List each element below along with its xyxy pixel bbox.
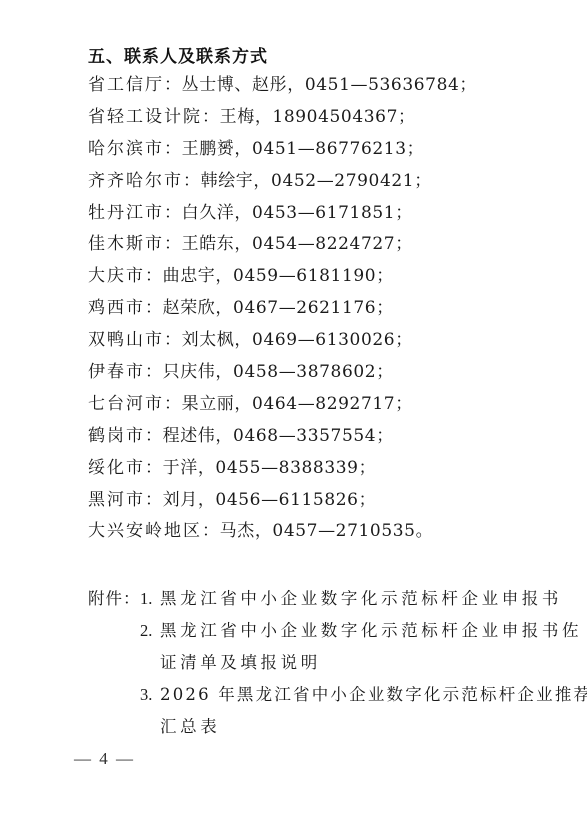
contact-line: 黑河市：刘月，0456—6115826； (88, 489, 477, 521)
contact-unit: 绥化市 (88, 458, 145, 478)
document-page: 五、联系人及联系方式 省工信厅：丛士博、赵彤，0451—53636784； 省轻… (0, 0, 587, 821)
line-end: ； (359, 490, 377, 510)
contact-person: 王皓东 (182, 234, 235, 254)
contact-line: 牡丹江市：白久洋，0453—6171851； (88, 202, 477, 234)
contact-phone: 0451—53636784 (305, 75, 460, 95)
colon: ： (164, 203, 182, 223)
contact-unit: 省工信厅 (88, 75, 164, 95)
colon: ： (145, 458, 163, 478)
attachments-section: 附件： 1. 黑龙江省中小企业数字化示范标杆企业申报书 2. 黑龙江省中小企业数… (88, 588, 587, 748)
contact-unit: 鹤岗市 (88, 426, 145, 446)
colon: ： (164, 139, 182, 159)
line-end: ； (359, 458, 377, 478)
comma: ， (215, 266, 233, 286)
colon: ： (164, 330, 182, 350)
contact-unit: 鸡西市 (88, 298, 145, 318)
comma: ， (234, 234, 252, 254)
contact-unit: 七台河市 (88, 394, 164, 414)
colon: ： (164, 75, 182, 95)
colon: ： (202, 521, 220, 541)
contact-unit: 牡丹江市 (88, 203, 164, 223)
comma: ， (215, 362, 233, 382)
attachment-number: 1. (140, 588, 160, 620)
comma: ， (255, 107, 273, 127)
contact-phone: 0457—2710535 (272, 521, 415, 541)
comma: ， (215, 426, 233, 446)
contact-phone: 0458—3878602 (233, 362, 376, 382)
comma: ， (287, 75, 305, 95)
line-end: ； (398, 107, 416, 127)
contact-unit: 省轻工设计院 (88, 107, 202, 127)
contact-person: 果立丽 (182, 394, 235, 414)
comma: ， (234, 139, 252, 159)
line-end: 。 (416, 521, 434, 541)
contact-unit: 佳木斯市 (88, 234, 164, 254)
contact-person: 韩绘宇 (201, 171, 254, 191)
contact-unit: 黑河市 (88, 490, 145, 510)
line-end: ； (395, 203, 413, 223)
attachment-indent (88, 684, 140, 716)
attachment-title: 黑龙江省中小企业数字化示范标杆企业申报书 (160, 588, 562, 620)
comma: ， (198, 458, 216, 478)
contact-line: 佳木斯市：王皓东，0454—8224727； (88, 233, 477, 265)
contact-phone: 18904504367 (272, 107, 398, 127)
contact-person: 王梅 (220, 107, 255, 127)
attachment-number: 2. (140, 620, 160, 652)
contact-phone: 0453—6171851 (252, 203, 395, 223)
contact-phone: 0464—8292717 (252, 394, 395, 414)
comma: ， (255, 521, 273, 541)
attachment-title: 黑龙江省中小企业数字化示范标杆企业申报书佐 (160, 620, 582, 652)
contact-phone: 0454—8224727 (252, 234, 395, 254)
comma: ， (198, 490, 216, 510)
colon: ： (164, 394, 182, 414)
contact-phone: 0456—6115826 (215, 490, 358, 510)
contact-unit: 大庆市 (88, 266, 145, 286)
comma: ， (253, 171, 271, 191)
comma: ， (215, 298, 233, 318)
line-end: ； (376, 298, 394, 318)
colon: ： (145, 426, 163, 446)
attachment-title: 2026 年黑龙江省中小企业数字化示范标杆企业推荐 (160, 684, 587, 716)
attachment-item-3: 3. 2026 年黑龙江省中小企业数字化示范标杆企业推荐 (88, 684, 587, 716)
contact-line: 哈尔滨市：王鹏赟，0451—86776213； (88, 138, 477, 170)
contact-list: 省工信厅：丛士博、赵彤，0451—53636784； 省轻工设计院：王梅，189… (88, 74, 477, 552)
comma: ， (234, 203, 252, 223)
attachments-label: 附件： (88, 588, 140, 620)
line-end: ； (376, 426, 394, 446)
contact-phone: 0451—86776213 (252, 139, 407, 159)
comma: ， (234, 394, 252, 414)
contact-person: 王鹏赟 (182, 139, 235, 159)
line-end: ； (376, 362, 394, 382)
contact-unit: 大兴安岭地区 (88, 521, 202, 541)
page-number: — 4 — (74, 749, 135, 769)
line-end: ； (376, 266, 394, 286)
attachment-item-2: 2. 黑龙江省中小企业数字化示范标杆企业申报书佐 (88, 620, 587, 652)
contact-person: 程述伟 (163, 426, 216, 446)
contact-person: 刘太枫 (182, 330, 235, 350)
contact-person: 刘月 (163, 490, 198, 510)
line-end: ； (395, 234, 413, 254)
colon: ： (145, 266, 163, 286)
colon: ： (164, 234, 182, 254)
contact-person: 马杰 (220, 521, 255, 541)
contact-line: 齐齐哈尔市：韩绘宇，0452—2790421； (88, 170, 477, 202)
contact-unit: 齐齐哈尔市 (88, 171, 183, 191)
contact-person: 赵荣欣 (163, 298, 216, 318)
contact-line: 大庆市：曲忠宇，0459—6181190； (88, 265, 477, 297)
contact-phone: 0467—2621176 (233, 298, 376, 318)
attachment-indent (88, 620, 140, 652)
colon: ： (202, 107, 220, 127)
attachment-item-1: 附件： 1. 黑龙江省中小企业数字化示范标杆企业申报书 (88, 588, 587, 620)
attachment-number: 3. (140, 684, 160, 716)
contact-unit: 双鸭山市 (88, 330, 164, 350)
contact-line: 七台河市：果立丽，0464—8292717； (88, 393, 477, 425)
comma: ， (234, 330, 252, 350)
contact-line: 大兴安岭地区：马杰，0457—2710535。 (88, 520, 477, 552)
line-end: ； (395, 394, 413, 414)
line-end: ； (459, 75, 477, 95)
contact-line: 伊春市：只庆伟，0458—3878602； (88, 361, 477, 393)
contact-line: 鹤岗市：程述伟，0468—3357554； (88, 425, 477, 457)
colon: ： (145, 298, 163, 318)
colon: ： (145, 362, 163, 382)
contact-line: 双鸭山市：刘太枫，0469—6130026； (88, 329, 477, 361)
contact-line: 省工信厅：丛士博、赵彤，0451—53636784； (88, 74, 477, 106)
contact-unit: 哈尔滨市 (88, 139, 164, 159)
colon: ： (145, 490, 163, 510)
contact-phone: 0455—8388339 (215, 458, 358, 478)
line-end: ； (407, 139, 425, 159)
contact-person: 白久洋 (182, 203, 235, 223)
contact-person: 只庆伟 (163, 362, 216, 382)
contact-unit: 伊春市 (88, 362, 145, 382)
section-heading: 五、联系人及联系方式 (88, 42, 268, 67)
colon: ： (183, 171, 201, 191)
attachment-title-continued: 汇总表 (88, 716, 587, 748)
contact-phone: 0469—6130026 (252, 330, 395, 350)
contact-phone: 0452—2790421 (271, 171, 414, 191)
contact-phone: 0468—3357554 (233, 426, 376, 446)
contact-line: 绥化市：于洋，0455—8388339； (88, 457, 477, 489)
line-end: ； (414, 171, 432, 191)
contact-phone: 0459—6181190 (233, 266, 376, 286)
contact-person: 丛士博、赵彤 (182, 75, 288, 95)
contact-line: 省轻工设计院：王梅，18904504367； (88, 106, 477, 138)
contact-person: 曲忠宇 (163, 266, 216, 286)
line-end: ； (395, 330, 413, 350)
attachment-title-continued: 证清单及填报说明 (88, 652, 587, 684)
contact-line: 鸡西市：赵荣欣，0467—2621176； (88, 297, 477, 329)
contact-person: 于洋 (163, 458, 198, 478)
